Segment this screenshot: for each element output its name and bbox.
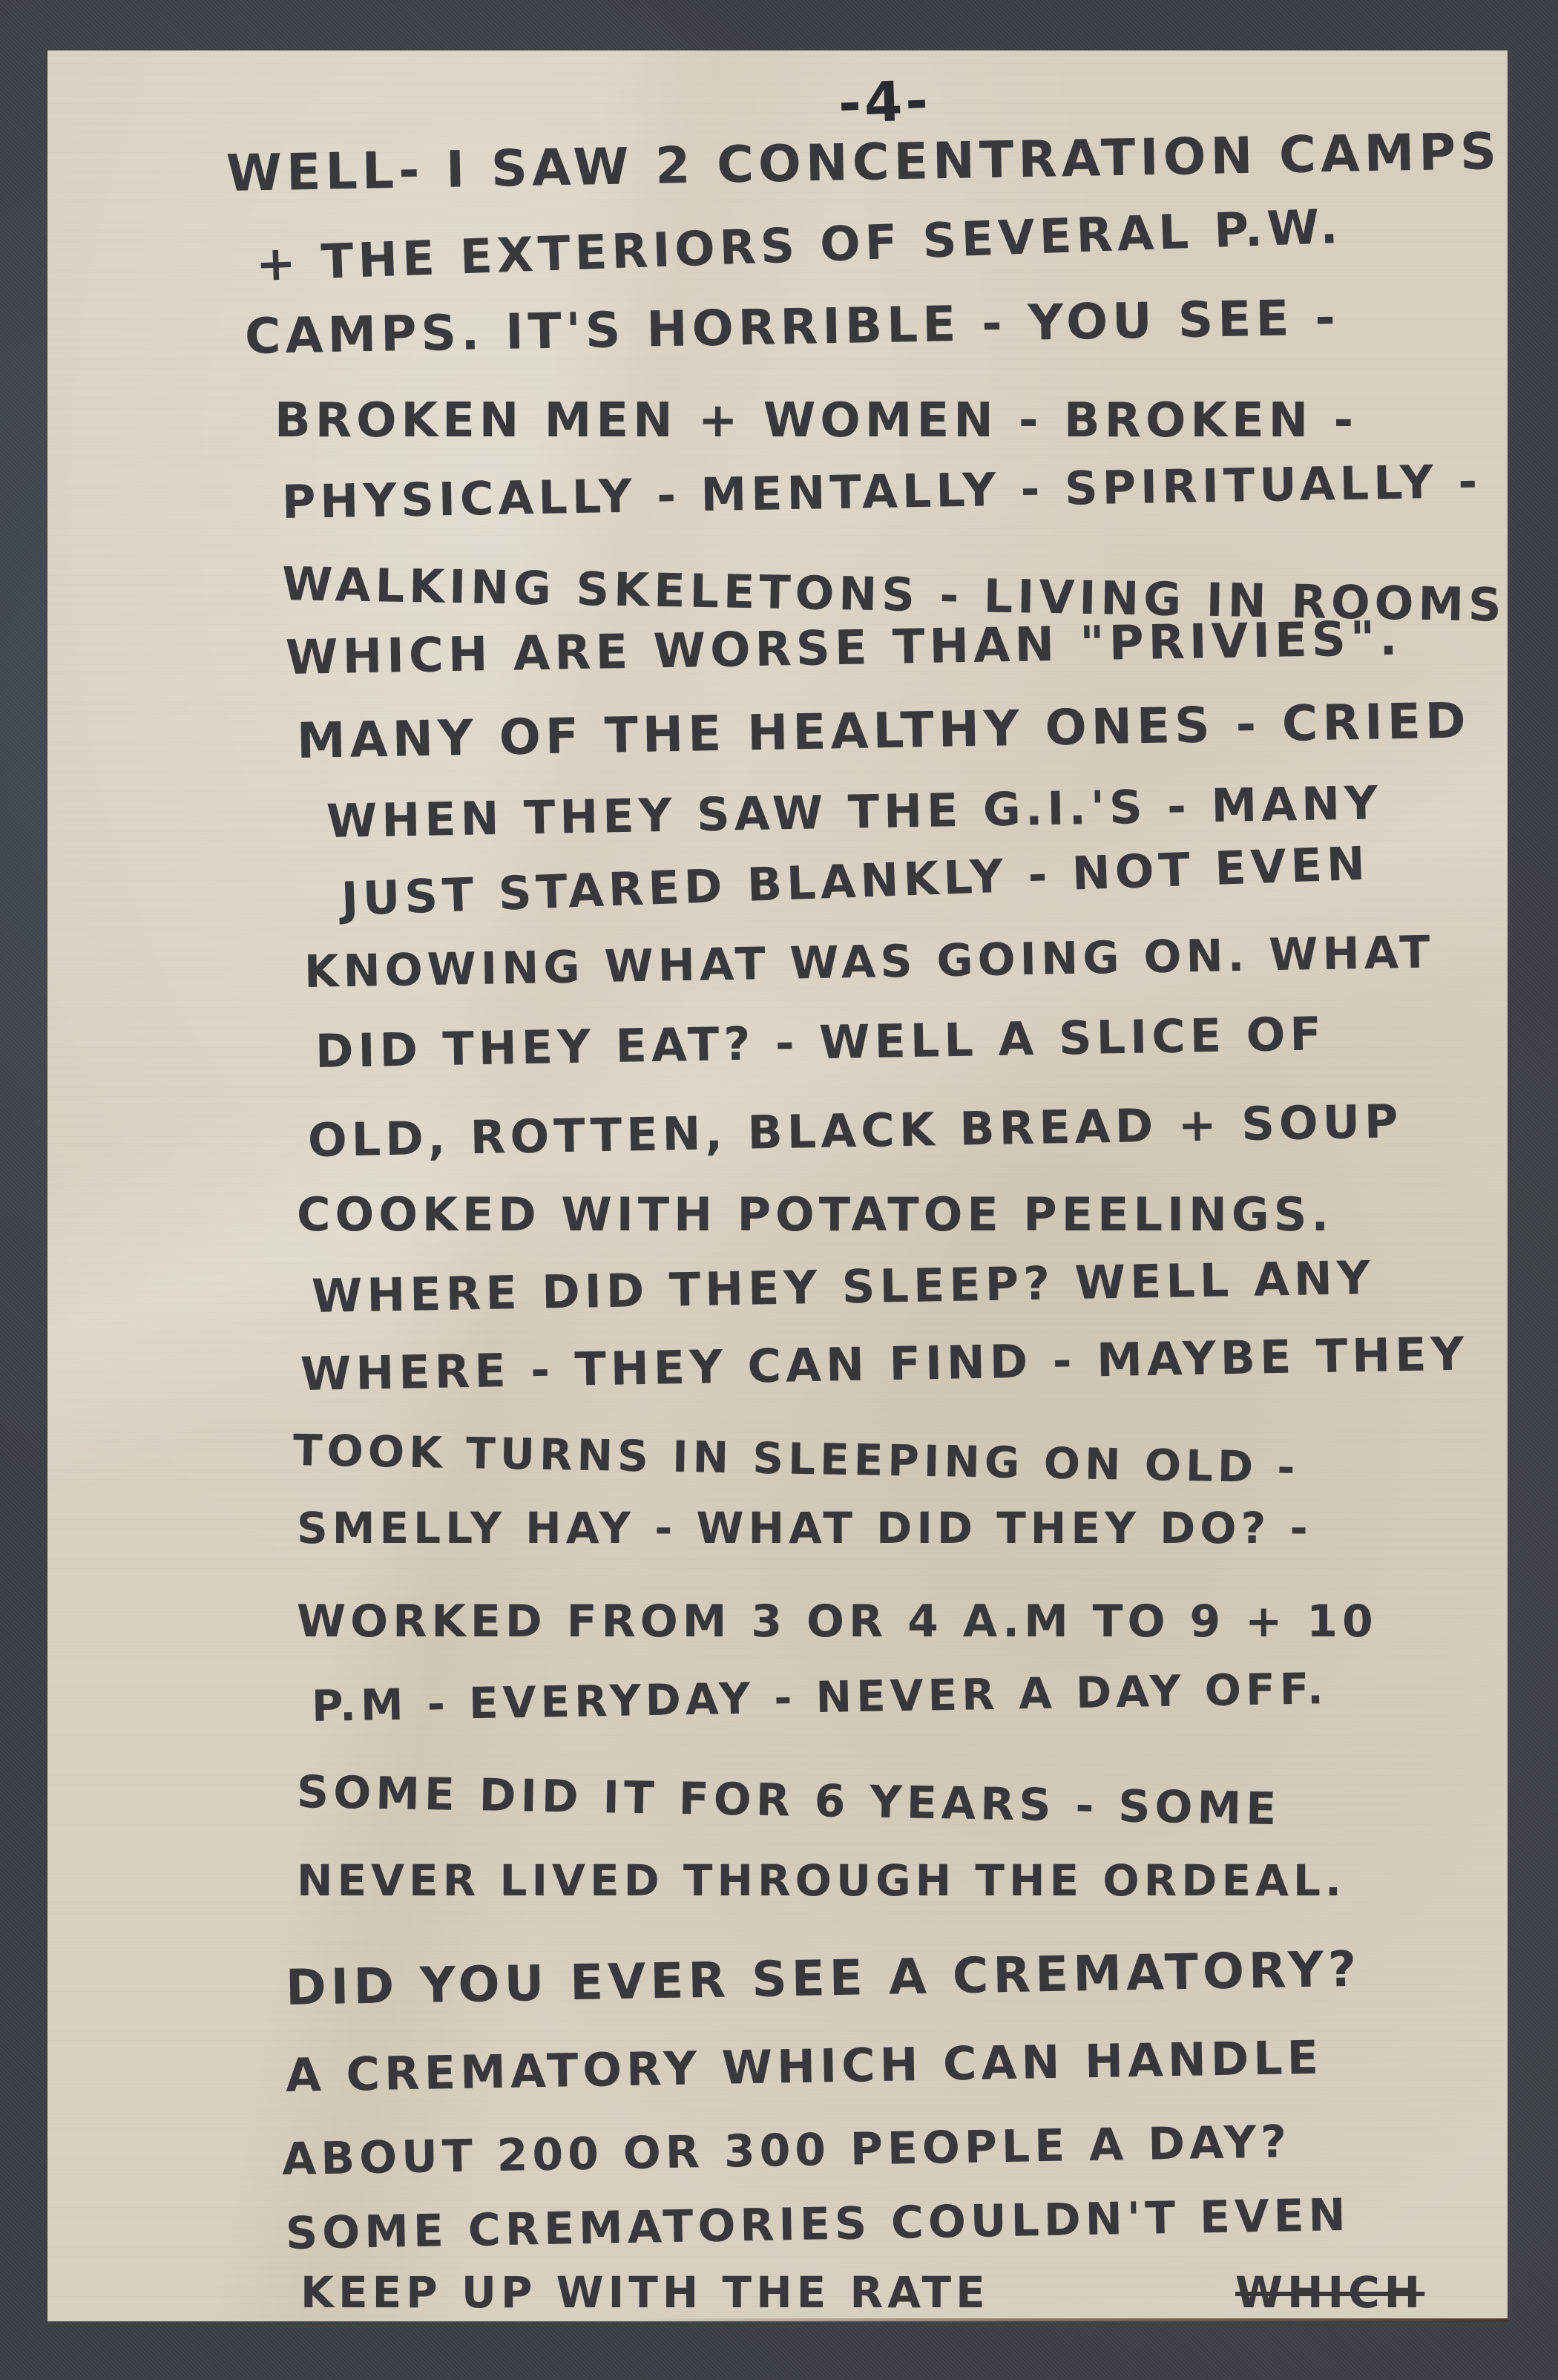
text-line: Worked from 3 or 4 A.M to 9 + 10 bbox=[297, 1596, 1378, 1648]
struck-word: which bbox=[1235, 2267, 1424, 2318]
paper-edge-stain bbox=[47, 2318, 1508, 2321]
text-line: never lived through the ordeal. bbox=[297, 1855, 1346, 1906]
text-line: keep up with the rate bbox=[300, 2267, 990, 2318]
page-number: -4- bbox=[838, 69, 933, 136]
text-line: broken men + women - broken - bbox=[275, 393, 1358, 448]
text-line: smelly hay - What did they do? - bbox=[297, 1503, 1312, 1553]
text-line: cooked with potatoe peelings. bbox=[297, 1187, 1333, 1242]
